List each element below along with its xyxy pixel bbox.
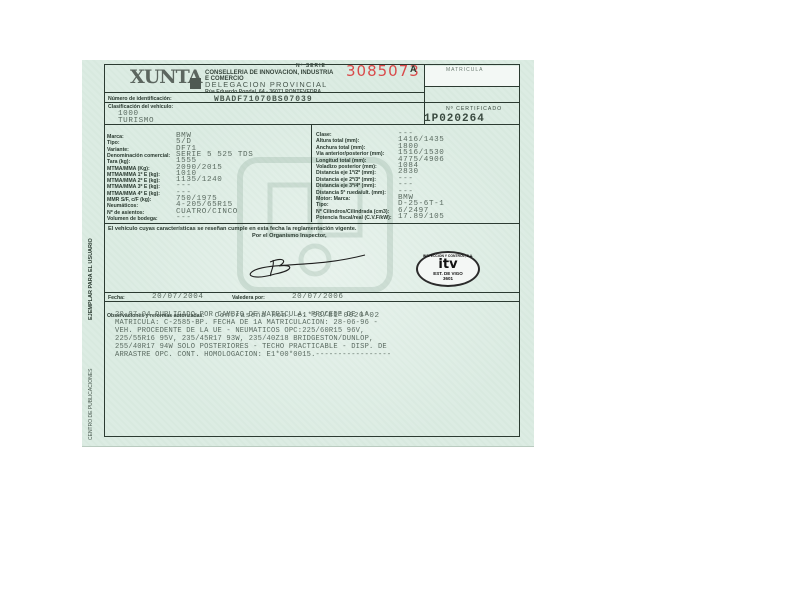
identificacion-value: WBADF71070BS07039 bbox=[214, 95, 313, 104]
field-label: Tipo: bbox=[316, 202, 329, 208]
side-margin: EJEMPLAR PARA EL USUARIO CENTRO DE PUBLI… bbox=[82, 60, 102, 446]
divider bbox=[104, 301, 520, 302]
field-label: Variante: bbox=[107, 147, 129, 153]
field-label: Nº de asientos: bbox=[107, 210, 144, 216]
field-label: Marca: bbox=[107, 134, 124, 140]
logo-badge-icon bbox=[190, 78, 201, 89]
field-label: Altura total (mm): bbox=[316, 138, 359, 144]
serial-number: 3085073 bbox=[346, 62, 420, 80]
side-text-publisher: CENTRO DE PUBLICACIONES bbox=[88, 369, 94, 440]
field-label: MTMA/MMA 1º E (kg): bbox=[107, 172, 160, 178]
field-label: Denominación comercial: bbox=[107, 153, 170, 159]
field-label: MTMA/MMA (Kg): bbox=[107, 166, 150, 172]
field-label: Voladizo posterior (mm): bbox=[316, 164, 377, 170]
identificacion-label: Número de identificación: bbox=[108, 96, 172, 102]
field-label: Vía anterior/posterior (mm): bbox=[316, 151, 384, 157]
side-text-copy: EJEMPLAR PARA EL USUARIO bbox=[88, 238, 94, 320]
stamp-ring-text: INSPECCION Y CONTROL, S.A. bbox=[420, 254, 476, 258]
field-label: Nº Cilindros/Cilindrada (cm3): bbox=[316, 209, 389, 215]
signature-icon bbox=[245, 250, 375, 285]
itv-stamp: INSPECCION Y CONTROL, S.A. itv EST. DE V… bbox=[416, 251, 480, 287]
field-label: MTMA/MMA 2º E (kg): bbox=[107, 178, 160, 184]
xunta-logo: XUNTA bbox=[130, 66, 202, 92]
field-label: Motor: Marca: bbox=[316, 196, 350, 202]
field-label: Tipo: bbox=[107, 140, 120, 146]
field-value: --- bbox=[176, 214, 191, 222]
valedera-value: 20/07/2006 bbox=[292, 293, 344, 301]
field-label: MMR S/F, c/F (kg): bbox=[107, 197, 151, 203]
observaciones-text: 20-07-04 DUPLICADO POR CAMBIO DE MATRICU… bbox=[115, 311, 515, 360]
field-label: Neumáticos: bbox=[107, 203, 138, 209]
stamp-code: 3601 bbox=[418, 276, 478, 281]
divider bbox=[311, 124, 312, 222]
divider bbox=[424, 86, 520, 87]
field-label: Anchura total (mm): bbox=[316, 145, 365, 151]
divider bbox=[104, 92, 424, 93]
fecha-value: 20/07/2004 bbox=[152, 293, 204, 301]
field-label: Distancia 5ª rueda/ult. (mm): bbox=[316, 190, 386, 196]
inspector-label: Por el Organismo Inspector, bbox=[252, 233, 327, 239]
field-label: MTMA/MMA 4º E (kg): bbox=[107, 191, 160, 197]
compliance-statement: El vehículo cuyas características se res… bbox=[108, 226, 356, 232]
field-label: Longitud total (mm): bbox=[316, 158, 366, 164]
stamp-itv: itv bbox=[418, 259, 478, 271]
issuer-line-3: DELEGACION PROVINCIAL bbox=[205, 82, 333, 88]
field-label: Tara (kg): bbox=[107, 159, 130, 165]
field-label: Clase: bbox=[316, 132, 332, 138]
serial-suffix: A bbox=[410, 64, 417, 74]
field-label: Potencia fiscal/real (C.V.F/kW): bbox=[316, 215, 392, 221]
field-value: 17.89/105 bbox=[398, 213, 444, 221]
divider bbox=[104, 124, 520, 125]
serie-label: Nº SERIE bbox=[296, 63, 326, 69]
field-label: Volumen de bodega: bbox=[107, 216, 158, 222]
field-label: MTMA/MMA 3º E (kg): bbox=[107, 184, 160, 190]
field-label: Distancia eje 1º/2º (mm): bbox=[316, 170, 376, 176]
field-label: Distancia eje 3º/4º (mm): bbox=[316, 183, 376, 189]
field-label: Distancia eje 2º/3º (mm): bbox=[316, 177, 376, 183]
matricula-label: MATRICULA bbox=[446, 67, 484, 73]
certificado-label: Nº CERTIFICADO bbox=[446, 106, 502, 112]
divider bbox=[104, 223, 520, 224]
